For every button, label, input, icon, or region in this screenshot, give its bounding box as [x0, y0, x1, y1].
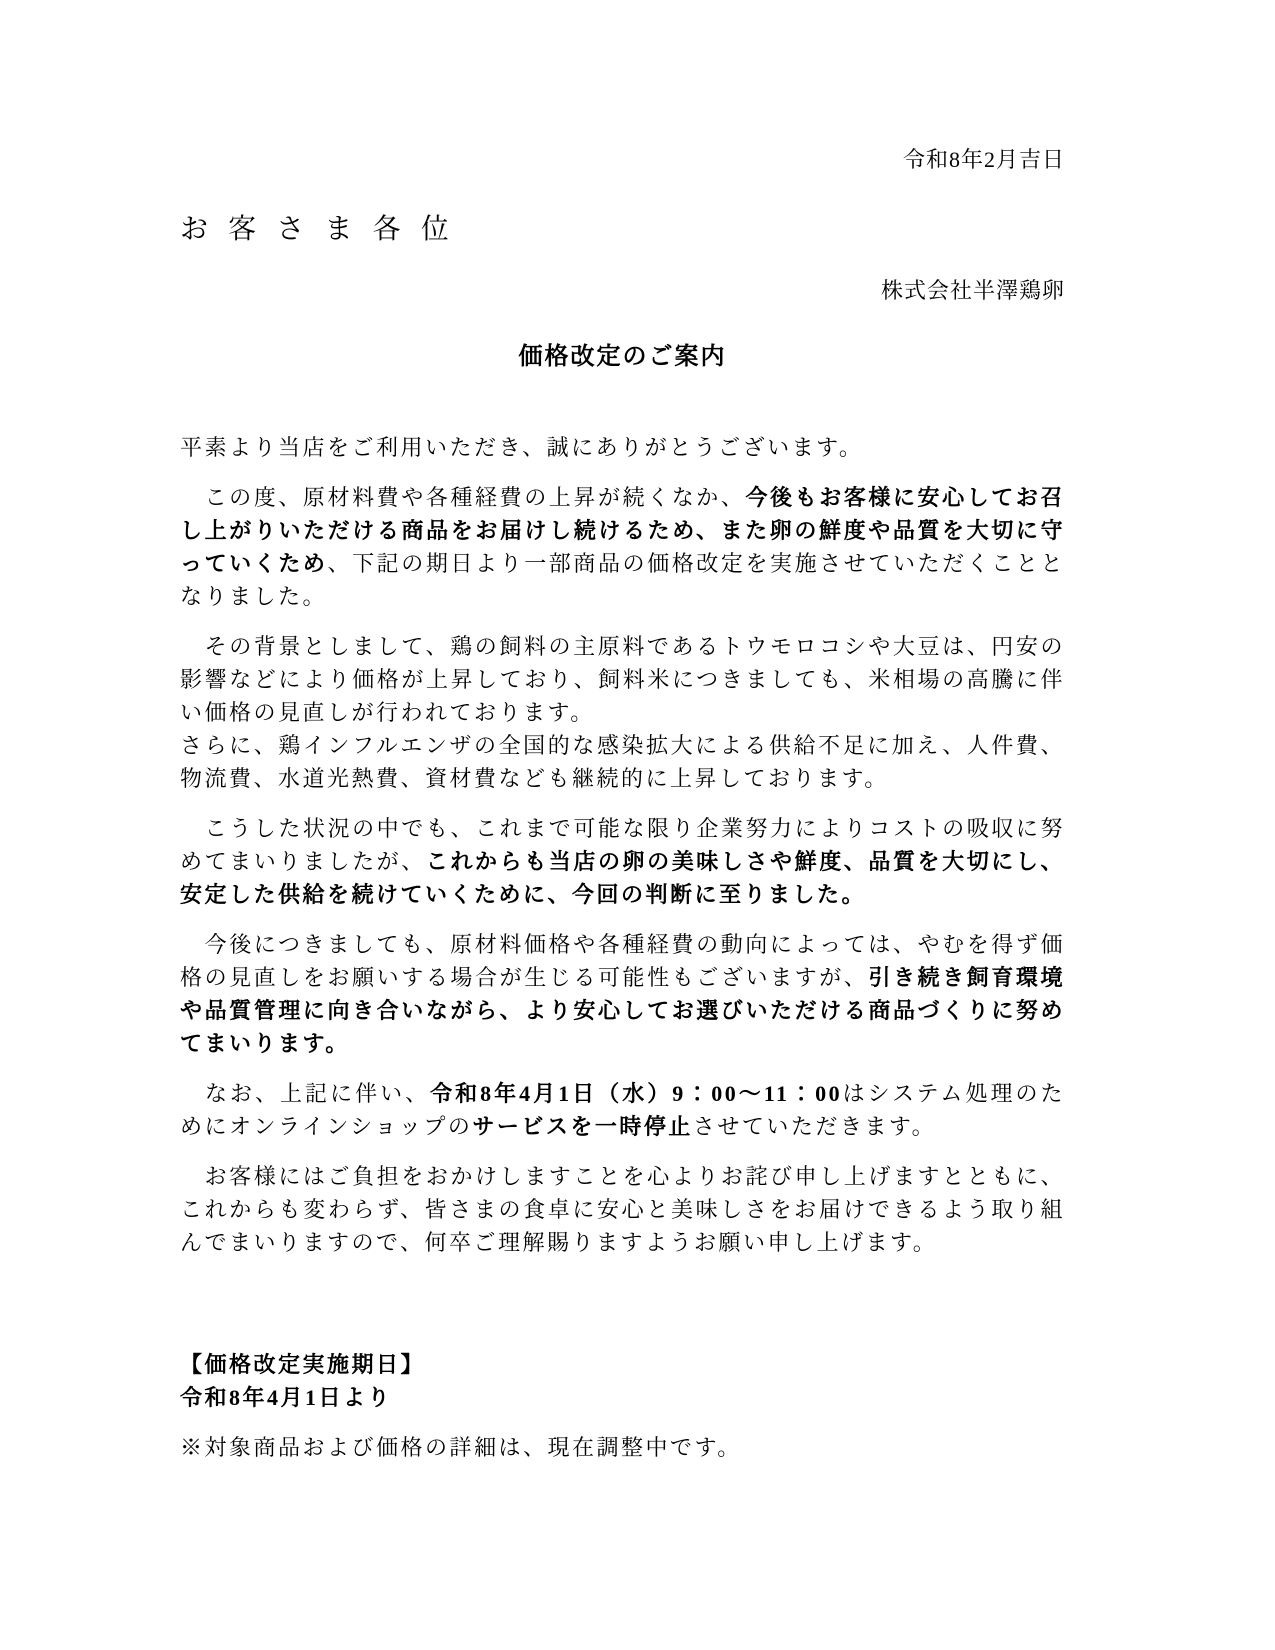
recipient-line: お客さま各位 [180, 210, 1065, 250]
footer-note: ※対象商品および価格の詳細は、現在調整中です。 [180, 1431, 1065, 1464]
paragraph: こうした状況の中でも、これまで可能な限り企業努力によりコストの吸収に努めてまいり… [180, 812, 1065, 911]
text-run: なお、上記に伴い、 [180, 1081, 430, 1106]
paragraph: この度、原材料費や各種経費の上昇が続くなか、今後もお客様に安心してお召し上がりい… [180, 481, 1065, 613]
document-page: 令和8年2月吉日 お客さま各位 株式会社半澤鶏卵 価格改定のご案内 平素より当店… [0, 0, 1275, 1650]
schedule-block: 【価格改定実施期日】 令和8年4月1日より [180, 1348, 1065, 1414]
text-run: その背景としまして、鶏の飼料の主原料であるトウモロコシや大豆は、円安の影響などに… [180, 634, 1065, 725]
text-run: この度、原材料費や各種経費の上昇が続くなか、 [180, 485, 745, 510]
document-title: 価格改定のご案内 [180, 339, 1065, 375]
paragraph: 平素より当店をご利用いただき、誠にありがとうございます。 [180, 431, 1065, 464]
schedule-date: 令和8年4月1日より [180, 1381, 1065, 1414]
text-run: させていただきます。 [693, 1114, 936, 1139]
bold-text-run: 令和8年4月1日（水）9：00～11：00 [430, 1081, 842, 1106]
paragraph: 今後につきましても、原材料価格や各種経費の動向によっては、やむを得ず価格の見直し… [180, 928, 1065, 1060]
document-date: 令和8年2月吉日 [180, 143, 1065, 176]
text-run: さらに、鶏インフルエンザの全国的な感染拡大による供給不足に加え、人件費、物流費、… [180, 733, 1065, 791]
text-run: お客様にはご負担をおかけしますことを心よりお詫び申し上げますとともに、これからも… [180, 1164, 1065, 1255]
bold-text-run: サービスを一時停止 [472, 1114, 693, 1139]
schedule-heading: 【価格改定実施期日】 [180, 1348, 1065, 1381]
text-run: 平素より当店をご利用いただき、誠にありがとうございます。 [180, 435, 863, 460]
paragraph: なお、上記に伴い、令和8年4月1日（水）9：00～11：00はシステム処理のため… [180, 1077, 1065, 1143]
paragraph: お客様にはご負担をおかけしますことを心よりお詫び申し上げますとともに、これからも… [180, 1160, 1065, 1259]
letter-body: 平素より当店をご利用いただき、誠にありがとうございます。 この度、原材料費や各種… [180, 431, 1065, 1259]
paragraph: その背景としまして、鶏の飼料の主原料であるトウモロコシや大豆は、円安の影響などに… [180, 630, 1065, 795]
company-name: 株式会社半澤鶏卵 [180, 274, 1065, 307]
